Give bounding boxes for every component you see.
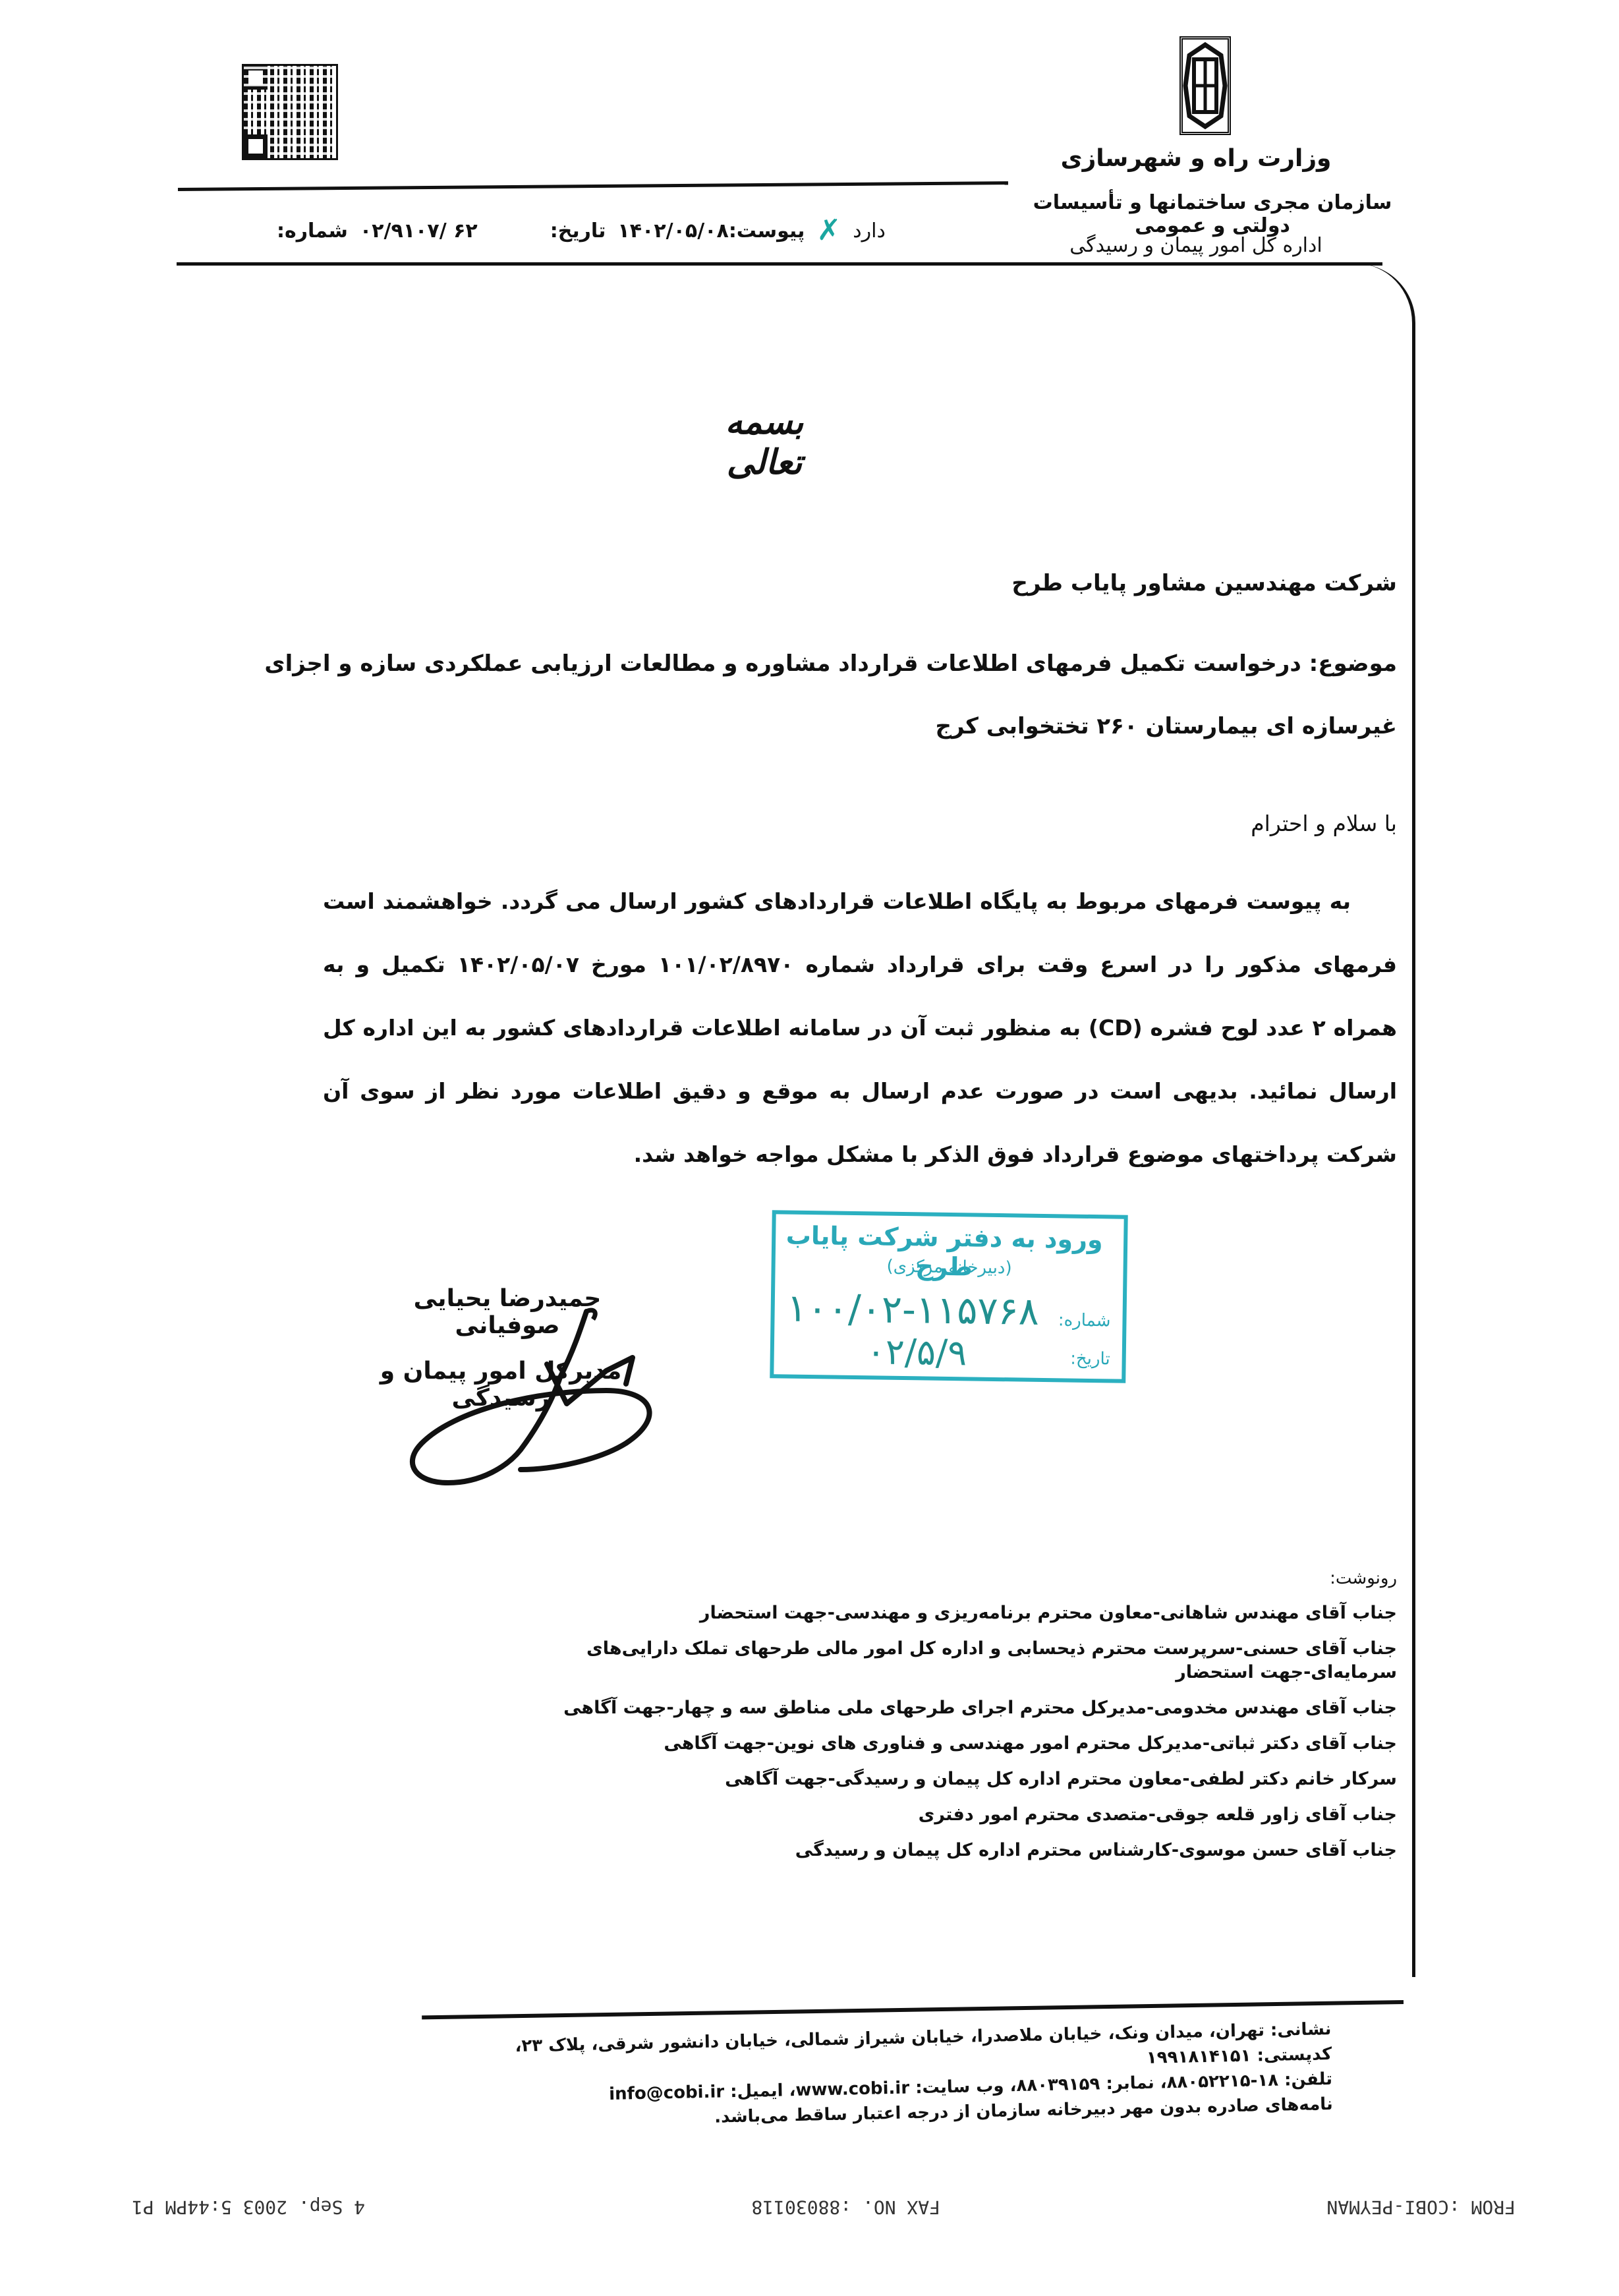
- stamp-date-label: تاریخ:: [1070, 1349, 1110, 1369]
- cc-item: سرکار خانم دکتر لطفی-معاون محترم اداره ک…: [540, 1767, 1397, 1791]
- letter-attachment: پیوست: ✗ دارد: [729, 216, 912, 245]
- letter-body: به پیوست فرمهای مربوط به پایگاه اطلاعات …: [323, 870, 1397, 1186]
- receipt-stamp: ورود به دفتر شرکت پایاب طرح (دبیرخانه مر…: [770, 1210, 1128, 1383]
- stamp-number-value: ۱۰۰/۰۲-۱۱۵۷۶۸: [786, 1286, 1039, 1334]
- footer-email: info@cobi.ir: [609, 2082, 725, 2104]
- ministry-logo-icon: [1179, 36, 1231, 135]
- cc-item: جناب آقای مهندس شاهانی-معاون محترم برنام…: [540, 1601, 1397, 1625]
- cc-list: جناب آقای مهندس شاهانی-معاون محترم برنام…: [540, 1601, 1397, 1874]
- addressee: شرکت مهندسین مشاور پایاب طرح: [395, 570, 1397, 596]
- fax-number: FAX NO. :88030118: [751, 2197, 940, 2219]
- signature-scribble-icon: [389, 1292, 692, 1489]
- date-value: ۱۴۰۲/۰۵/۰۸: [617, 219, 728, 243]
- fax-timestamp: 4 Sep. 2003 5:44PM P1: [132, 2197, 365, 2219]
- cc-item: جناب آقای حسنی-سرپرست محترم ذیحسابی و اد…: [540, 1637, 1397, 1684]
- fax-header: FROM :COBI-PEYMAN FAX NO. :88030118 4 Se…: [132, 2191, 1516, 2224]
- letter-meta: شماره: ۶۲ /۰۲/۹۱۰۷ تاریخ: ۱۴۰۲/۰۵/۰۸ پیو…: [198, 211, 975, 250]
- footer: نشانی: تهران، میدان ونک، خیابان ملاصدرا،…: [501, 2017, 1333, 2134]
- cc-item: جناب آقای مهندس مخدومی-مدیرکل محترم اجرا…: [540, 1696, 1397, 1720]
- check-mark-icon: ✗: [816, 216, 841, 245]
- subject: موضوع: درخواست تکمیل فرمهای اطلاعات قرار…: [178, 633, 1397, 758]
- department-name: اداره کل امور پیمان و رسیدگی: [1054, 234, 1338, 257]
- attachment-value: دارد: [853, 219, 886, 243]
- greeting: با سلام و احترام: [395, 811, 1397, 836]
- stamp-number-label: شماره:: [1058, 1310, 1111, 1331]
- header-rule: [178, 181, 1008, 191]
- cc-item: جناب آقای دکتر ثباتی-مدیرکل محترم امور م…: [540, 1732, 1397, 1756]
- basmala: بسمه تعالی: [698, 402, 830, 482]
- cc-item: جناب آقای زاور قلعه جوقی-متصدی محترم امو…: [540, 1803, 1397, 1827]
- body-paragraph: به پیوست فرمهای مربوط به پایگاه اطلاعات …: [323, 870, 1397, 1186]
- ministry-name: وزارت راه و شهرسازی: [1054, 145, 1338, 172]
- attachment-label: پیوست:: [729, 219, 805, 243]
- date-label: تاریخ:: [550, 219, 606, 243]
- stamp-date-value: ۰۲/۵/۹: [866, 1331, 967, 1373]
- fax-from: FROM :COBI-PEYMAN: [1326, 2197, 1516, 2219]
- footer-rule: [422, 2000, 1404, 2019]
- cc-label: رونوشت:: [1186, 1568, 1397, 1588]
- organization-name: سازمان مجری ساختمانها و تأسیسات دولتی و …: [1002, 191, 1423, 237]
- letter-number: شماره: ۶۲ /۰۲/۹۱۰۷: [277, 219, 478, 243]
- cc-item: جناب آقای حسن موسوی-کارشناس محترم اداره …: [540, 1839, 1397, 1862]
- number-label: شماره:: [277, 219, 348, 243]
- qr-code-icon: [244, 66, 336, 158]
- letter-date: تاریخ: ۱۴۰۲/۰۵/۰۸: [550, 219, 729, 243]
- number-value: ۶۲ /۰۲/۹۱۰۷: [360, 219, 478, 243]
